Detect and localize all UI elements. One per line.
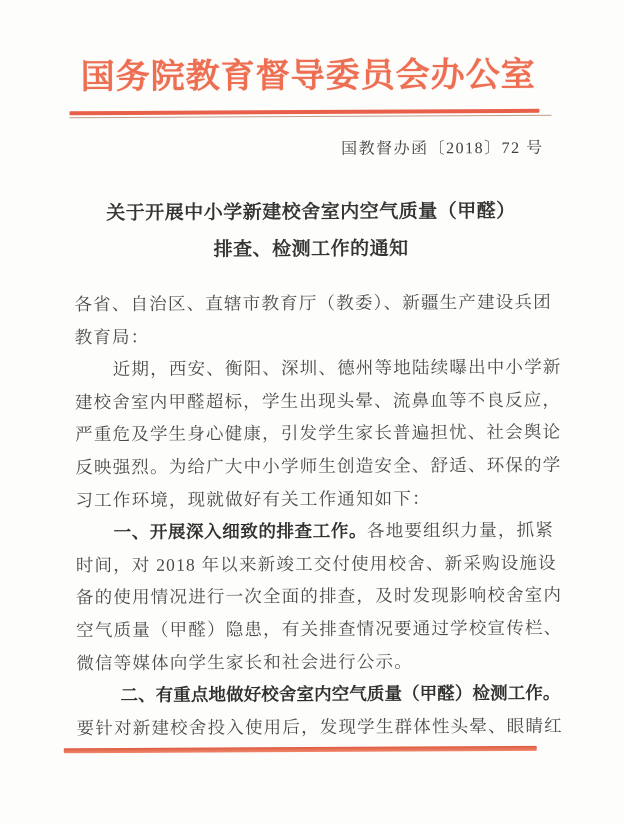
body-line-salutation: 各省、自治区、直辖市教育厅（教委）、新疆生产建设兵团: [74, 286, 574, 321]
body-line: 时间，对 2018 年以来新竣工交付使用校舍、新采购设施设: [76, 546, 576, 581]
section-1-text: 各地要组织力量，抓紧: [367, 520, 554, 541]
body-line: 严重危及学生身心健康，引发学生家长普遍担忧、社会舆论: [75, 416, 575, 451]
body-line-section-1: 一、开展深入细致的排查工作。各地要组织力量，抓紧: [76, 514, 576, 549]
section-1-heading: 一、开展深入细致的排查工作。: [114, 521, 368, 542]
scanned-document-page: 国务院教育督导委员会办公室 国教督办函〔2018〕72 号 关于开展中小学新建校…: [0, 0, 624, 825]
body-line: 空气质量（甲醛）隐患，有关排查情况要通过学校宣传栏、: [76, 612, 576, 647]
document-title: 关于开展中小学新建校舍室内空气质量（甲醛） 排查、检测工作的通知: [0, 192, 623, 269]
body-line: 习工作环境，现就做好有关工作通知如下：: [75, 481, 575, 516]
body-line: 反映强烈。为给广大中小学师生创造安全、舒适、环保的学: [75, 449, 575, 484]
body-line: 备的使用情况进行一次全面的排查，及时发现影响校舍室内: [76, 579, 576, 614]
body-line-salutation-cont: 教育局：: [75, 318, 575, 353]
letterhead-divider-thin-line: [69, 115, 551, 119]
body-line: 要针对新建校舍投入使用后，发现学生群体性头晕、眼睛红: [77, 709, 577, 744]
letterhead-divider: [69, 109, 539, 118]
body-line-section-2-heading: 二、有重点地做好校舍室内空气质量（甲醛）检测工作。: [76, 677, 576, 712]
body-line: 近期，西安、衡阳、深圳、德州等地陆续曝出中小学新: [75, 351, 575, 386]
footer-divider: [64, 746, 537, 753]
document-body: 各省、自治区、直辖市教育厅（教委）、新疆生产建设兵团 教育局： 近期，西安、衡阳…: [74, 286, 576, 745]
document-title-line1: 关于开展中小学新建校舍室内空气质量（甲醛）: [0, 192, 623, 232]
document-number: 国教督办函〔2018〕72 号: [0, 135, 544, 161]
scan-content: 国务院教育督导委员会办公室 国教督办函〔2018〕72 号 关于开展中小学新建校…: [0, 0, 624, 825]
body-line: 建校舍室内甲醛超标，学生出现头晕、流鼻血等不良反应，: [75, 383, 575, 418]
letterhead-org-name: 国务院教育督导委员会办公室: [0, 46, 618, 98]
document-title-line2: 排查、检测工作的通知: [0, 229, 623, 269]
body-line: 微信等媒体向学生家长和社会进行公示。: [76, 644, 576, 679]
